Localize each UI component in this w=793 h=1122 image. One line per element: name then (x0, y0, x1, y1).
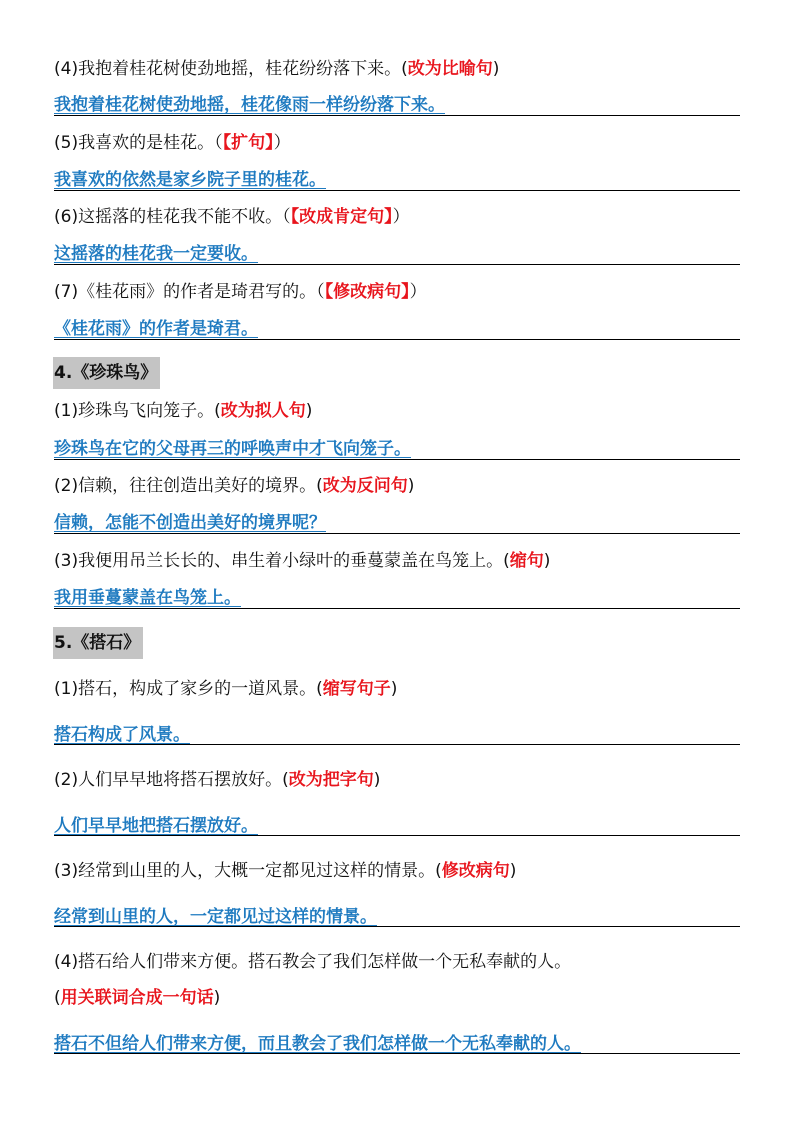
answer-rule (54, 926, 740, 927)
instruction-tag: 用关联词合成一句话 (61, 988, 214, 1008)
instruction-tag: 改为反问句 (323, 476, 408, 496)
instruction-tag: 【扩句】 (223, 133, 274, 153)
answer-rule (54, 608, 740, 609)
instruction-tag: 改为拟人句 (221, 401, 306, 421)
paren-close: ） (274, 133, 291, 153)
question-text: (4)我抱着桂花树使劲地摇，桂花纷纷落下来。( (54, 59, 408, 79)
instruction-tag: 缩句 (510, 551, 544, 571)
question-text: (6)这摇落的桂花我不能不收。（ (54, 207, 291, 227)
paren-close: ) (510, 861, 517, 881)
instruction-tag: 缩写句子 (323, 679, 391, 699)
paren-close: ） (393, 207, 410, 227)
answer-rule (54, 339, 740, 340)
answer-text: 我抱着桂花树使劲地摇，桂花像雨一样纷纷落下来。 (54, 93, 445, 117)
instruction-tag: 改为把字句 (289, 770, 374, 790)
question-line: (3)经常到山里的人，大概一定都见过这样的情景。(修改病句) (54, 859, 516, 883)
question-line: (1)珍珠鸟飞向笼子。(改为拟人句) (54, 399, 312, 423)
paren-close: ) (214, 988, 221, 1008)
question-line: (7)《桂花雨》的作者是琦君写的。（【修改病句】） (54, 280, 427, 304)
question-line: (1)搭石，构成了家乡的一道风景。(缩写句子) (54, 677, 397, 701)
answer-rule (54, 190, 740, 191)
worksheet-page: (4)我抱着桂花树使劲地摇，桂花纷纷落下来。(改为比喻句) 我抱着桂花树使劲地摇… (0, 0, 793, 1122)
answer-text: 《桂花雨》的作者是琦君。 (54, 317, 258, 341)
section-heading: 5.《搭石》 (53, 627, 143, 659)
question-line: (4)我抱着桂花树使劲地摇，桂花纷纷落下来。(改为比喻句) (54, 57, 499, 81)
paren-close: ) (408, 476, 415, 496)
answer-text: 这摇落的桂花我一定要收。 (54, 242, 258, 266)
answer-text: 我喜欢的依然是家乡院子里的桂花。 (54, 168, 326, 192)
paren-open: ( (54, 988, 61, 1008)
paren-close: ) (391, 679, 398, 699)
answer-rule (54, 264, 740, 265)
question-text: (3)经常到山里的人，大概一定都见过这样的情景。( (54, 861, 442, 881)
question-text: (4)搭石给人们带来方便。搭石教会了我们怎样做一个无私奉献的人。 (54, 952, 571, 972)
answer-rule (54, 835, 740, 836)
question-line: (5)我喜欢的是桂花。（【扩句】） (54, 131, 291, 155)
instruction-tag: 改为比喻句 (408, 59, 493, 79)
answer-rule (54, 459, 740, 460)
instruction-tag: 【改成肯定句】 (291, 207, 393, 227)
question-text: (2)信赖，往往创造出美好的境界。( (54, 476, 323, 496)
question-text: (2)人们早早地将搭石摆放好。( (54, 770, 289, 790)
paren-close: ） (410, 282, 427, 302)
question-line: (4)搭石给人们带来方便。搭石教会了我们怎样做一个无私奉献的人。 (54, 950, 571, 974)
question-line: (3)我便用吊兰长长的、串生着小绿叶的垂蔓蒙盖在鸟笼上。(缩句) (54, 549, 550, 573)
answer-rule (54, 115, 740, 116)
question-text: (1)珍珠鸟飞向笼子。( (54, 401, 221, 421)
question-text: (1)搭石，构成了家乡的一道风景。( (54, 679, 323, 699)
paren-close: ) (544, 551, 551, 571)
answer-text: 我用垂蔓蒙盖在鸟笼上。 (54, 586, 241, 610)
answer-rule (54, 533, 740, 534)
question-line: (6)这摇落的桂花我不能不收。（【改成肯定句】） (54, 205, 410, 229)
section-heading: 4.《珍珠鸟》 (53, 357, 160, 389)
paren-close: ) (306, 401, 313, 421)
question-line-continued: (用关联词合成一句话) (54, 986, 220, 1010)
answer-rule (54, 1053, 740, 1054)
question-text: (5)我喜欢的是桂花。（ (54, 133, 223, 153)
instruction-tag: 【修改病句】 (325, 282, 410, 302)
question-text: (3)我便用吊兰长长的、串生着小绿叶的垂蔓蒙盖在鸟笼上。( (54, 551, 510, 571)
question-line: (2)信赖，往往创造出美好的境界。(改为反问句) (54, 474, 414, 498)
question-text: (7)《桂花雨》的作者是琦君写的。（ (54, 282, 325, 302)
instruction-tag: 修改病句 (442, 861, 510, 881)
paren-close: ) (493, 59, 500, 79)
answer-text: 珍珠鸟在它的父母再三的呼唤声中才飞向笼子。 (54, 437, 411, 461)
answer-text: 信赖，怎能不创造出美好的境界呢？ (54, 511, 326, 535)
question-line: (2)人们早早地将搭石摆放好。(改为把字句) (54, 768, 380, 792)
answer-rule (54, 744, 740, 745)
paren-close: ) (374, 770, 381, 790)
